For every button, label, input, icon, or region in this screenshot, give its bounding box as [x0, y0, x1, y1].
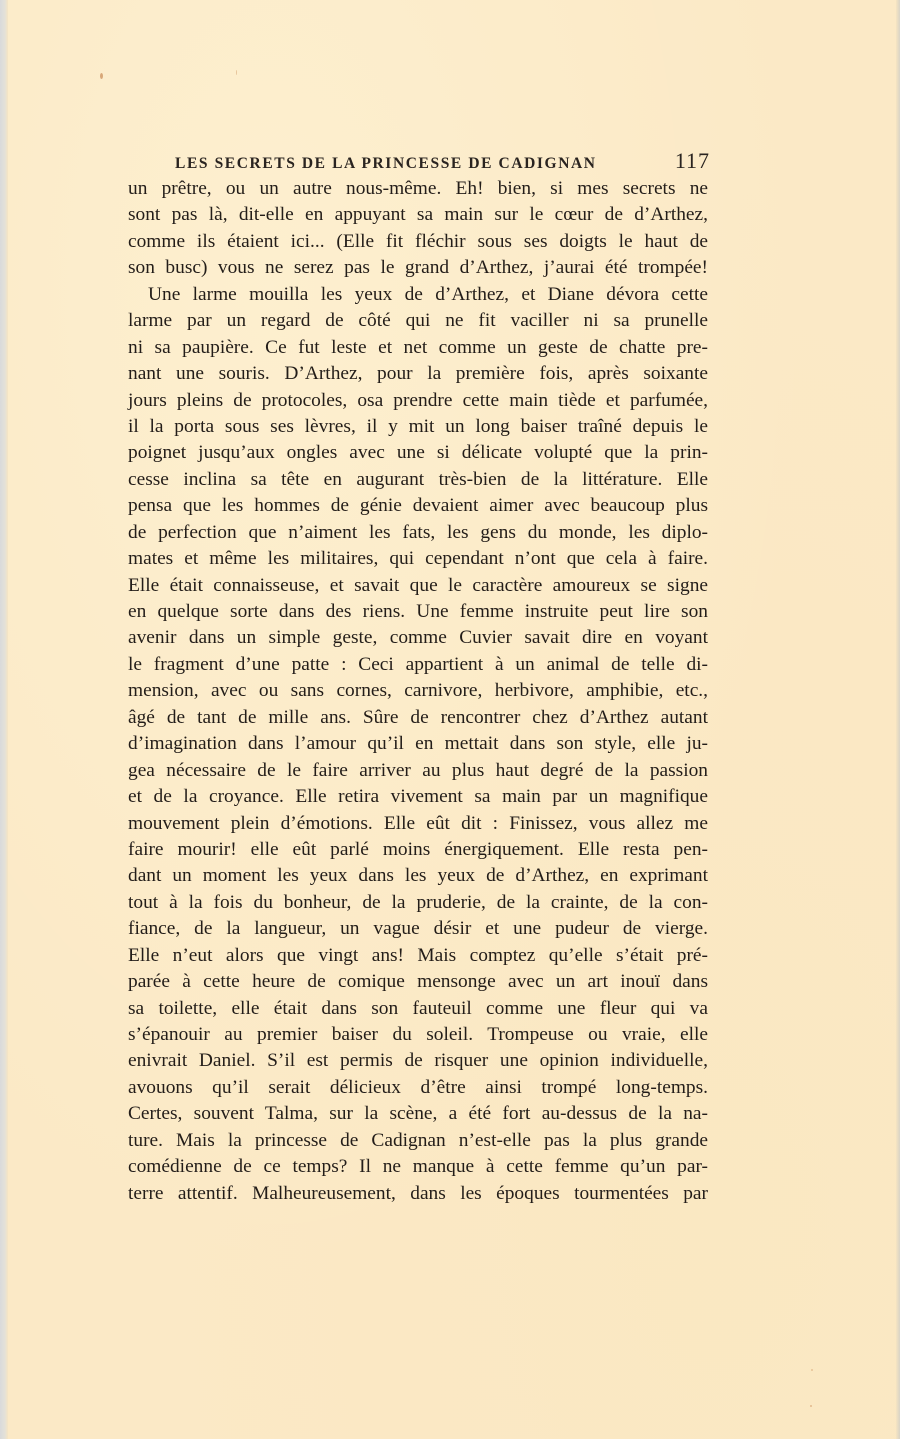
text-line: comédienne de ce temps? Il ne manque à c…	[128, 1154, 708, 1180]
running-title: LES SECRETS DE LA PRINCESSE DE CADIGNAN	[175, 155, 597, 173]
paragraph-start-line: Une larme mouilla les yeux de d’Arthez, …	[128, 282, 708, 308]
text-line: jours pleins de protocoles, osa prendre …	[128, 388, 708, 414]
book-page: LES SECRETS DE LA PRINCESSE DE CADIGNAN …	[0, 0, 900, 1439]
text-line: Certes, souvent Talma, sur la scène, a é…	[128, 1101, 708, 1127]
text-line: larme par un regard de côté qui ne fit v…	[128, 308, 708, 334]
text-line: le fragment d’une patte : Ceci appartien…	[128, 652, 708, 678]
text-line: comme ils étaient ici... (Elle fit fléch…	[128, 229, 708, 255]
text-line: de perfection que n’aiment les fats, les…	[128, 520, 708, 546]
text-line: un prêtre, ou un autre nous-même. Eh! bi…	[128, 176, 708, 202]
running-header: LES SECRETS DE LA PRINCESSE DE CADIGNAN …	[175, 148, 710, 172]
text-line: avouons qu’il serait délicieux d’être ai…	[128, 1075, 708, 1101]
paper-speck	[811, 1369, 813, 1371]
text-line: d’imagination dans l’amour qu’il en mett…	[128, 731, 708, 757]
text-line: avenir dans un simple geste, comme Cuvie…	[128, 625, 708, 651]
text-line: sa toilette, elle était dans son fauteui…	[128, 996, 708, 1022]
text-line: tout à la fois du bonheur, de la pruderi…	[128, 890, 708, 916]
text-line: il la porta sous ses lèvres, il y mit un…	[128, 414, 708, 440]
text-line: et de la croyance. Elle retira vivement …	[128, 784, 708, 810]
page-number: 117	[675, 148, 710, 174]
text-line: en quelque sorte dans des riens. Une fem…	[128, 599, 708, 625]
paper-speck	[100, 73, 103, 79]
scan-right-edge	[896, 0, 900, 1439]
text-line: mension, avec ou sans cornes, carnivore,…	[128, 678, 708, 704]
text-line: son busc) vous ne serez pas le grand d’A…	[128, 255, 708, 281]
text-line: cesse inclina sa tête en augurant très-b…	[128, 467, 708, 493]
text-line: sont pas là, dit-elle en appuyant sa mai…	[128, 202, 708, 228]
text-line: Elle n’eut alors que vingt ans! Mais com…	[128, 943, 708, 969]
text-line: mates et même les militaires, qui cepend…	[128, 546, 708, 572]
scan-left-edge	[0, 0, 8, 1439]
text-line: nant une souris. D’Arthez, pour la premi…	[128, 361, 708, 387]
text-line: pensa que les hommes de génie devaient a…	[128, 493, 708, 519]
text-line: ture. Mais la princesse de Cadignan n’es…	[128, 1128, 708, 1154]
text-line: poignet jusqu’aux ongles avec une si dél…	[128, 440, 708, 466]
text-line: âgé de tant de mille ans. Sûre de rencon…	[128, 705, 708, 731]
text-line: ni sa paupière. Ce fut leste et net comm…	[128, 335, 708, 361]
text-line: s’épanouir au premier baiser du soleil. …	[128, 1022, 708, 1048]
text-line: fiance, de la langueur, un vague désir e…	[128, 916, 708, 942]
text-line: faire mourir! elle eût parlé moins énerg…	[128, 837, 708, 863]
text-line: mouvement plein d’émotions. Elle eût dit…	[128, 811, 708, 837]
text-line: gea nécessaire de le faire arriver au pl…	[128, 758, 708, 784]
text-line: parée à cette heure de comique mensonge …	[128, 969, 708, 995]
paper-speck	[236, 70, 237, 75]
text-line: Elle était connaisseuse, et savait que l…	[128, 573, 708, 599]
text-line: enivrait Daniel. S’il est permis de risq…	[128, 1048, 708, 1074]
body-text: un prêtre, ou un autre nous-même. Eh! bi…	[128, 176, 708, 1207]
text-line: dant un moment les yeux dans les yeux de…	[128, 863, 708, 889]
text-line: terre attentif. Malheureusement, dans le…	[128, 1181, 708, 1207]
paper-speck	[810, 1405, 812, 1407]
